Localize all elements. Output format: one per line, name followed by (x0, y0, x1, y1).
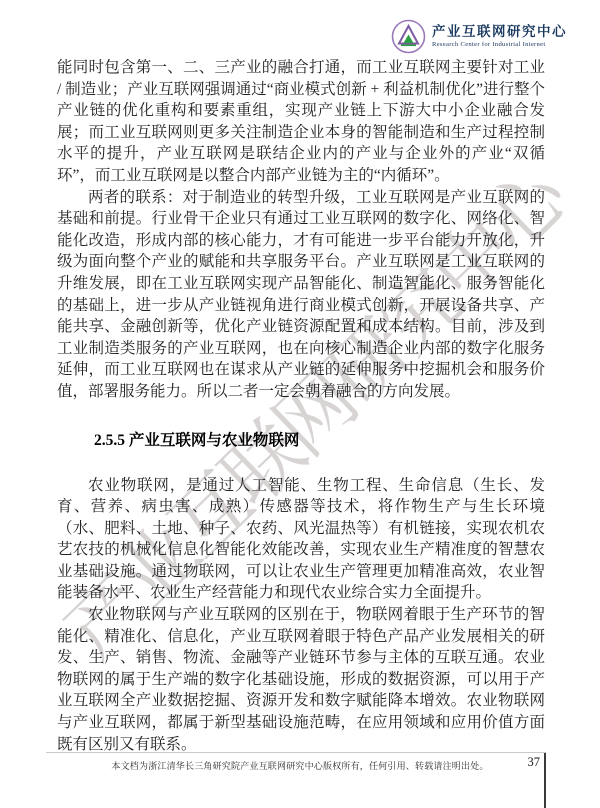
document-body: 能同时包含第一、二、三产业的融合打通，而工业互联网主要针对工业 / 制造业；产业… (57, 57, 545, 755)
footer-copyright: 本文档为浙江清华长三角研究院产业互联网研究中心版权所有，任何引用、转载请注明出处… (0, 759, 600, 772)
page-number: 37 (528, 755, 541, 770)
section-heading: 2.5.5 产业互联网与农业物联网 (57, 430, 545, 452)
paragraph-2: 两者的联系：对于制造业的转型升级，工业互联网是产业互联网的基础和前提。行业骨干企… (57, 187, 545, 403)
paragraph-1: 能同时包含第一、二、三产业的融合打通，而工业互联网主要针对工业 / 制造业；产业… (57, 57, 545, 187)
document-page: 产业互联网研究中心 产业互联网研究中心 Research Center for … (0, 0, 600, 808)
paragraph-4: 农业物联网与产业互联网的区别在于，物联网着眼于生产环节的智能化、精准化、信息化，… (57, 604, 545, 755)
logo-text: 产业互联网研究中心 Research Center for Industrial… (432, 24, 567, 49)
logo-title: 产业互联网研究中心 (432, 24, 567, 40)
page-edge-line (544, 753, 546, 808)
logo-subtitle: Research Center for Industrial Internet (432, 40, 567, 49)
paragraph-3: 农业物联网，是通过人工智能、生物工程、生命信息（生长、发育、营养、病虫害、成熟）… (57, 475, 545, 605)
footer-divider (46, 752, 546, 753)
logo-icon (391, 19, 426, 54)
header: 产业互联网研究中心 Research Center for Industrial… (391, 19, 567, 54)
